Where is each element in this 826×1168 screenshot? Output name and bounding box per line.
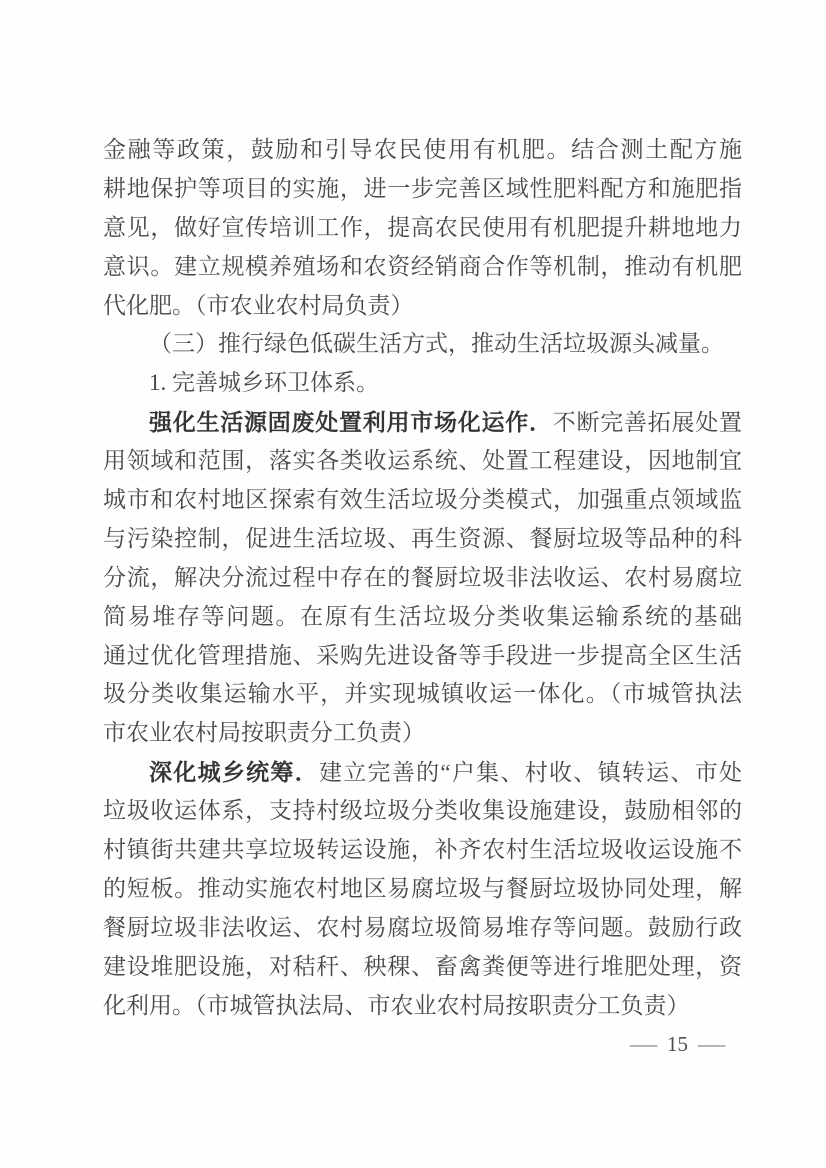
body-text: 用领域和范围，落实各类收运系统、处置工程建设，因地制宜在 — [103, 448, 742, 481]
text-line: 的短板。推动实施农村地区易腐垃圾与餐厨垃圾协同处理，解决 — [103, 870, 742, 909]
body-text: 分流，解决分流过程中存在的餐厨垃圾非法收运、农村易腐垃圾 — [103, 565, 742, 598]
text-line: 垃圾收运体系，支持村级垃圾分类收集设施建设，鼓励相邻的农 — [103, 792, 742, 831]
body-text: 的短板。推动实施农村地区易腐垃圾与餐厨垃圾协同处理，解决 — [103, 876, 742, 909]
footer-right-dash: — — [698, 1032, 725, 1057]
text-line: 意识。建立规模养殖场和农资经销商合作等机制，推动有机肥替 — [103, 248, 742, 287]
bold-lead-text: 强化生活源固废处置利用市场化运作． — [149, 409, 553, 435]
body-text: 垃圾收运体系，支持村级垃圾分类收集设施建设，鼓励相邻的农 — [103, 798, 742, 831]
text-line: 代化肥。（市农业农村局负责） — [103, 287, 742, 326]
text-line: 简易堆存等问题。在原有生活垃圾分类收集运输系统的基础上， — [103, 598, 742, 637]
text-line: 金融等政策，鼓励和引导农民使用有机肥。结合测土配方施肥、 — [103, 131, 742, 170]
text-line: （三）推行绿色低碳生活方式，推动生活垃圾源头减量。 — [103, 325, 742, 364]
document-page: 金融等政策，鼓励和引导农民使用有机肥。结合测土配方施肥、耕地保护等项目的实施，进… — [0, 0, 826, 1168]
text-line: 1. 完善城乡环卫体系。 — [103, 364, 742, 403]
paragraph: （三）推行绿色低碳生活方式，推动生活垃圾源头减量。 — [103, 325, 742, 364]
body-text: 意识。建立规模养殖场和农资经销商合作等机制，推动有机肥替 — [103, 254, 742, 287]
page-number: 15 — [667, 1032, 688, 1057]
body-text: 代化肥。（市农业农村局负责） — [103, 293, 414, 318]
body-text: 意见，做好宣传培训工作，提高农民使用有机肥提升耕地地力的 — [103, 215, 742, 248]
text-line: 分流，解决分流过程中存在的餐厨垃圾非法收运、农村易腐垃圾 — [103, 559, 742, 598]
text-line: 市农业农村局按职责分工负责） — [103, 714, 742, 753]
bold-lead-text: 深化城乡统筹． — [149, 759, 319, 785]
text-line: 城市和农村地区探索有效生活垃圾分类模式，加强重点领域监管 — [103, 481, 742, 520]
paragraph: 金融等政策，鼓励和引导农民使用有机肥。结合测土配方施肥、耕地保护等项目的实施，进… — [103, 131, 742, 325]
text-line: 意见，做好宣传培训工作，提高农民使用有机肥提升耕地地力的 — [103, 209, 742, 248]
text-line: 圾分类收集运输水平，并实现城镇收运一体化。（市城管执法局、 — [103, 675, 742, 714]
text-line: 深化城乡统筹．建立完善的“户集、村收、镇转运、市处理” — [103, 753, 742, 792]
body-text: 圾分类收集运输水平，并实现城镇收运一体化。（市城管执法局、 — [103, 681, 742, 714]
paragraph: 深化城乡统筹．建立完善的“户集、村收、镇转运、市处理”垃圾收运体系，支持村级垃圾… — [103, 753, 742, 1025]
text-line: 耕地保护等项目的实施，进一步完善区域性肥料配方和施肥指导 — [103, 170, 742, 209]
body-text: （三）推行绿色低碳生活方式，推动生活垃圾源头减量。 — [149, 331, 724, 356]
body-text: 通过优化管理措施、采购先进设备等手段进一步提高全区生活垃 — [103, 643, 742, 676]
body-text: 市农业农村局按职责分工负责） — [103, 720, 425, 745]
paragraph: 强化生活源固废处置利用市场化运作．不断完善拓展处置利用领域和范围，落实各类收运系… — [103, 403, 742, 753]
paragraph: 1. 完善城乡环卫体系。 — [103, 364, 742, 403]
text-line: 建设堆肥设施，对秸秆、秧稞、畜禽粪便等进行堆肥处理，资源 — [103, 948, 742, 987]
document-body: 金融等政策，鼓励和引导农民使用有机肥。结合测土配方施肥、耕地保护等项目的实施，进… — [103, 131, 742, 1025]
body-text: 金融等政策，鼓励和引导农民使用有机肥。结合测土配方施肥、 — [103, 137, 742, 170]
body-text: 城市和农村地区探索有效生活垃圾分类模式，加强重点领域监管 — [103, 487, 742, 520]
text-line: 强化生活源固废处置利用市场化运作．不断完善拓展处置利 — [103, 403, 742, 442]
page-footer: — 15 — — [633, 1032, 722, 1057]
text-line: 村镇街共建共享垃圾转运设施，补齐农村生活垃圾收运设施不足 — [103, 831, 742, 870]
text-line: 与污染控制，促进生活垃圾、再生资源、餐厨垃圾等品种的科学 — [103, 520, 742, 559]
body-text: 化利用。（市城管执法局、市农业农村局按职责分工负责） — [103, 993, 690, 1018]
text-line: 通过优化管理措施、采购先进设备等手段进一步提高全区生活垃 — [103, 637, 742, 676]
text-line: 用领域和范围，落实各类收运系统、处置工程建设，因地制宜在 — [103, 442, 742, 481]
text-line: 餐厨垃圾非法收运、农村易腐垃圾简易堆存等问题。鼓励行政村 — [103, 909, 742, 948]
text-line: 化利用。（市城管执法局、市农业农村局按职责分工负责） — [103, 987, 742, 1026]
body-text: 建设堆肥设施，对秸秆、秧稞、畜禽粪便等进行堆肥处理，资源 — [103, 954, 742, 987]
body-text: 餐厨垃圾非法收运、农村易腐垃圾简易堆存等问题。鼓励行政村 — [103, 915, 742, 948]
body-text: 与污染控制，促进生活垃圾、再生资源、餐厨垃圾等品种的科学 — [103, 526, 742, 559]
body-text: 村镇街共建共享垃圾转运设施，补齐农村生活垃圾收运设施不足 — [103, 837, 742, 870]
body-text: 简易堆存等问题。在原有生活垃圾分类收集运输系统的基础上， — [103, 604, 742, 637]
footer-left-dash: — — [630, 1032, 657, 1057]
body-text: 耕地保护等项目的实施，进一步完善区域性肥料配方和施肥指导 — [103, 176, 742, 209]
body-text: 1. 完善城乡环卫体系。 — [149, 370, 379, 395]
